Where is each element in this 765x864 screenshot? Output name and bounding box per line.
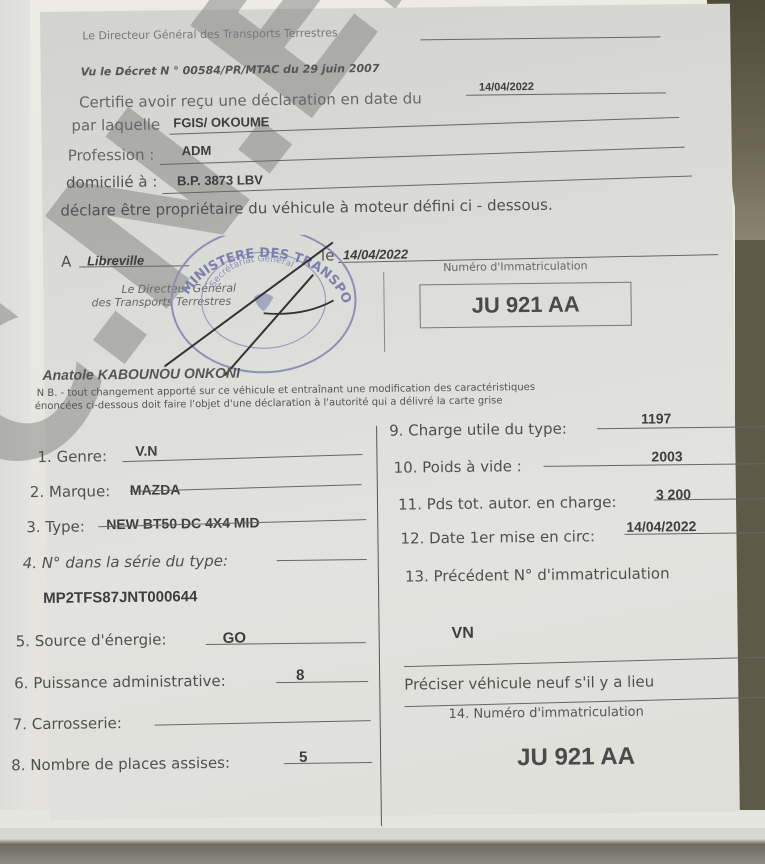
rule — [155, 720, 371, 726]
par-laquelle-label: par laquelle — [71, 116, 160, 135]
field-puissance-label: 6. Puissance administrative: — [14, 672, 226, 693]
signatory-title-2: des Transports Terrestres — [91, 295, 231, 310]
rule — [597, 426, 765, 429]
rule — [544, 463, 765, 467]
field-date-circ-label: 12. Date 1er mise en circ: — [400, 527, 595, 547]
domicile-label: domicilié à : — [66, 173, 157, 192]
registration-box-value: JU 921 AA — [471, 291, 579, 318]
field-poids-value: 2003 — [651, 448, 682, 464]
field-charge-label: 9. Charge utile du type: — [389, 420, 567, 440]
certifie-label: Certifie avoir reçu une déclaration en d… — [79, 89, 422, 111]
certifie-date: 14/04/2022 — [479, 81, 534, 94]
par-laquelle-value: FGIS/ OKOUME — [173, 114, 269, 130]
field-marque-label: 2. Marque: — [30, 482, 111, 501]
field-genre-label: 1. Genre: — [37, 447, 107, 466]
declare-text: déclare être propriétaire du véhicule à … — [60, 196, 552, 220]
profession-value: ADM — [182, 143, 212, 158]
field-pds-total-label: 11. Pds tot. autor. en charge: — [398, 493, 617, 514]
signatory-name: Anatole KABOUNOU ONKONI — [42, 365, 240, 383]
rule — [654, 498, 765, 500]
rule — [277, 559, 367, 561]
field-serie-label: 4. N° dans la série du type: — [23, 552, 228, 573]
a-label: A — [61, 253, 71, 271]
field-genre-value: V.N — [135, 443, 157, 459]
rule — [404, 657, 765, 668]
profession-label: Profession : — [68, 146, 155, 165]
registration-document: C.N.E.D.T. Le Directeur Général des Tran… — [40, 4, 740, 820]
rule — [160, 147, 685, 165]
preciser-note: Préciser véhicule neuf s'il y a lieu — [404, 673, 654, 694]
field-precedent-label: 13. Précédent N° d'immatriculation — [405, 564, 670, 585]
le-label: le — [321, 246, 335, 264]
field-serie-value: MP2TFS87JNT000644 — [43, 588, 197, 607]
field-14-label: 14. Numéro d'immatriculation — [449, 705, 644, 722]
field-precedent-value: VN — [452, 625, 474, 643]
directeur-heading: Le Directeur Général des Transports Terr… — [82, 26, 338, 42]
column-divider — [376, 426, 382, 826]
field-charge-value: 1197 — [641, 410, 672, 426]
registration-box-label: Numéro d'Immatriculation — [443, 259, 588, 274]
field-type-label: 3. Type: — [26, 517, 85, 536]
rule — [284, 762, 372, 764]
decret-line: Vu le Décret N ° 00584/PR/MTAC du 29 jui… — [81, 62, 380, 79]
domicile-value: B.P. 3873 LBV — [177, 172, 263, 188]
field-carrosserie-label: 7. Carrosserie: — [13, 714, 122, 733]
rule — [383, 272, 385, 352]
field-14-value: JU 921 AA — [517, 743, 635, 772]
rule — [123, 454, 363, 462]
field-poids-label: 10. Poids à vide : — [393, 457, 521, 477]
rule — [420, 36, 660, 40]
field-places-label: 8. Nombre de places assises: — [11, 754, 230, 775]
field-energie-label: 5. Source d'énergie: — [16, 631, 167, 651]
rule — [276, 681, 368, 683]
